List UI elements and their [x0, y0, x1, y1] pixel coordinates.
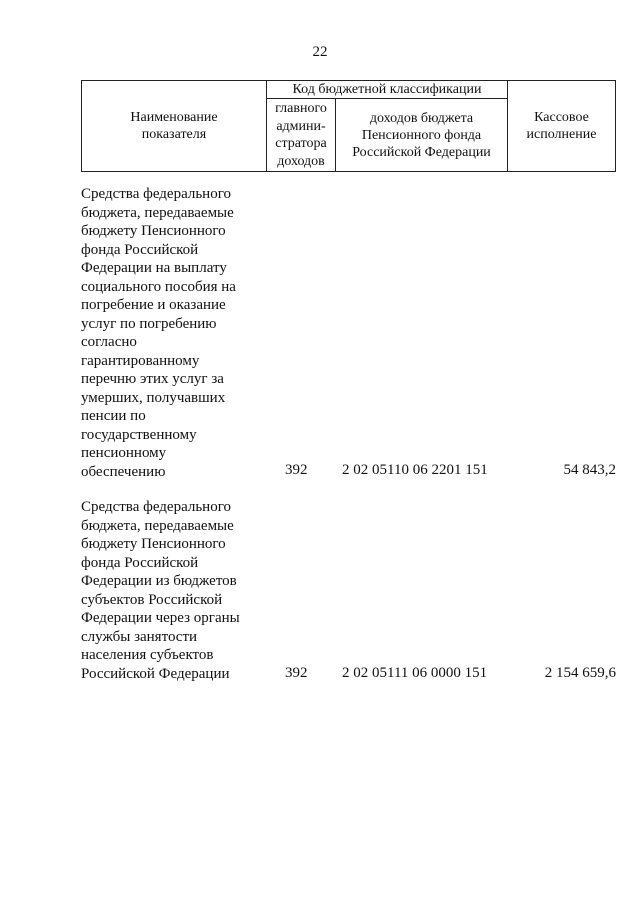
row-1-income-code: 2 02 05110 06 2201 151	[342, 461, 488, 479]
row-2-income-code: 2 02 05111 06 0000 151	[342, 664, 487, 682]
header-income-code: доходов бюджета Пенсионного фонда Россий…	[336, 99, 507, 171]
header-budget-code-group: Код бюджетной классификации	[267, 81, 507, 98]
row-1-admin-code: 392	[285, 461, 308, 479]
header-admin-code: главного админи- стратора доходов	[267, 99, 335, 171]
header-execution: Кассовое исполнение	[508, 81, 615, 171]
row-2-name: Средства федерального бюджета, передавае…	[81, 498, 271, 683]
row-2-execution: 2 154 659,6	[545, 664, 616, 682]
page-number: 22	[0, 43, 640, 61]
table-header: Наименование показателя Код бюджетной кл…	[81, 80, 616, 172]
row-1-execution: 54 843,2	[564, 461, 617, 479]
header-name: Наименование показателя	[82, 81, 266, 171]
row-1-name: Средства федерального бюджета, передавае…	[81, 185, 271, 481]
row-2-admin-code: 392	[285, 664, 308, 682]
